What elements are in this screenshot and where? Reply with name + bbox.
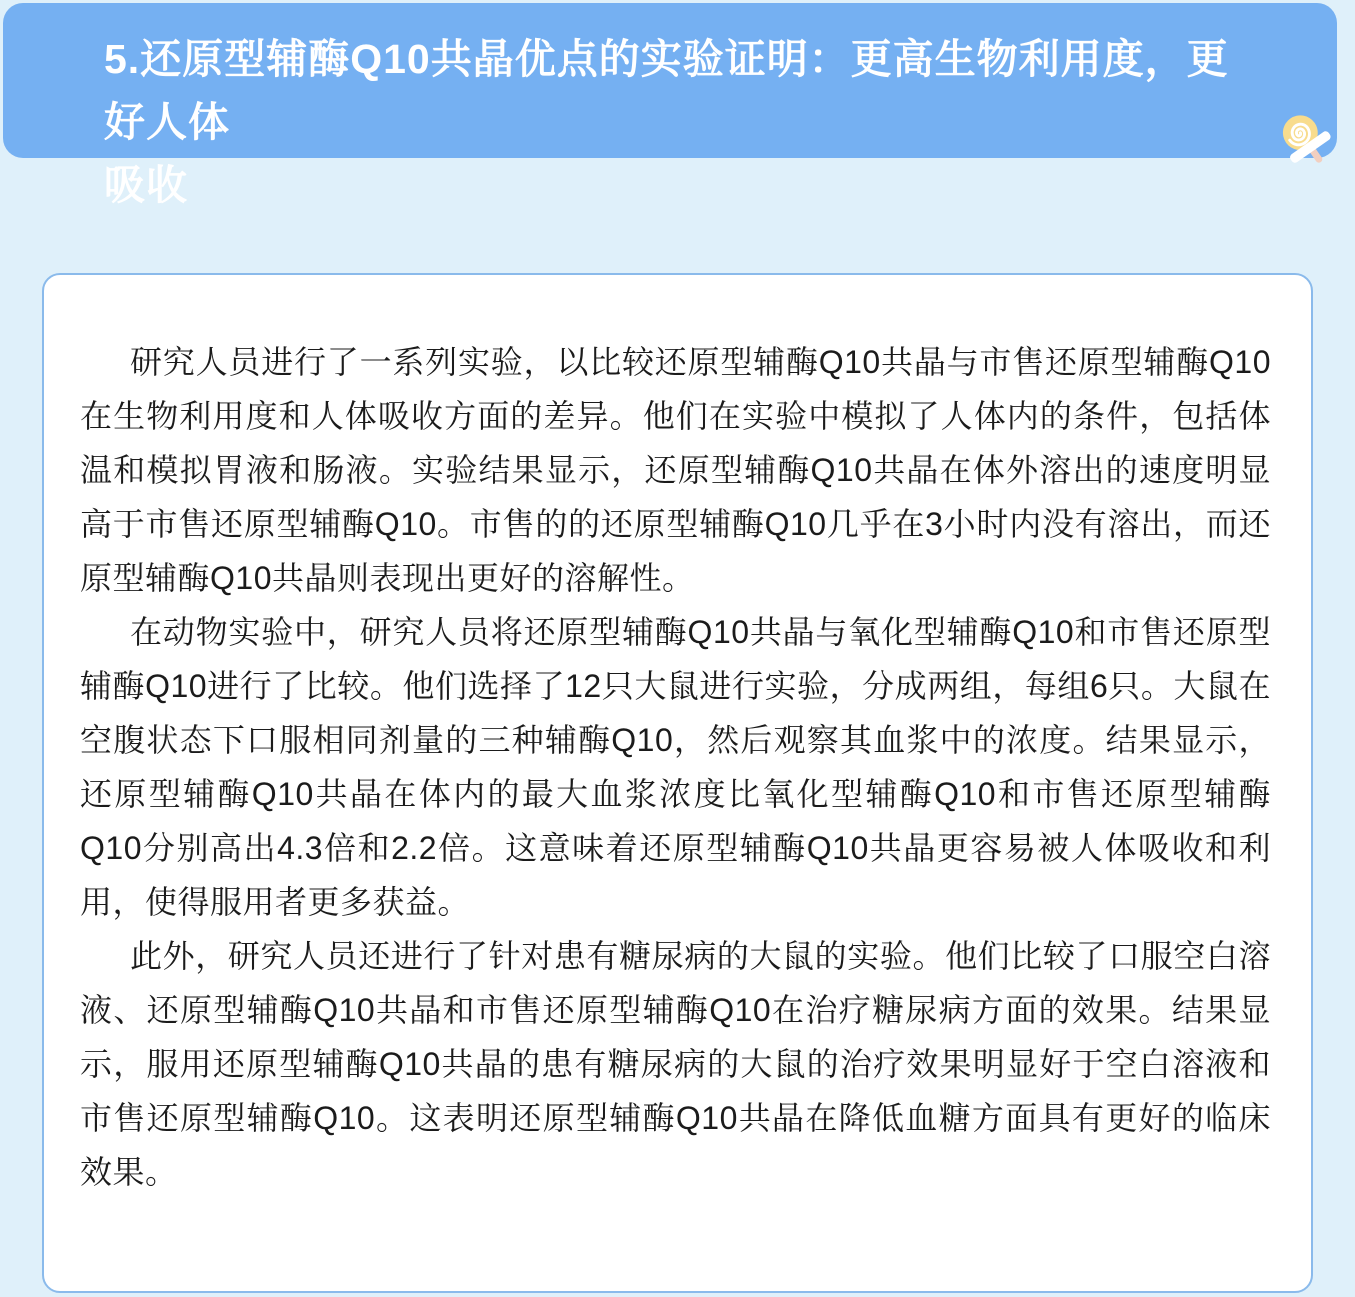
paragraph-diabetes-experiment: 此外，研究人员还进行了针对患有糖尿病的大鼠的实验。他们比较了口服空白溶液、还原型… <box>80 929 1271 1199</box>
page-title-line2: 吸收 <box>104 154 1267 217</box>
lollipop-icon <box>1273 108 1331 170</box>
paragraph-dissolution-experiment: 研究人员进行了一系列实验，以比较还原型辅酶Q10共晶与市售还原型辅酶Q10在生物… <box>80 335 1271 605</box>
content-card: 研究人员进行了一系列实验，以比较还原型辅酶Q10共晶与市售还原型辅酶Q10在生物… <box>42 273 1313 1293</box>
header-banner: 5.还原型辅酶Q10共晶优点的实验证明：更高生物利用度，更好人体 吸收 <box>3 3 1337 158</box>
paragraph-animal-experiment: 在动物实验中，研究人员将还原型辅酶Q10共晶与氧化型辅酶Q10和市售还原型辅酶Q… <box>80 605 1271 929</box>
page-background: { "page": { "background_color": "#dff0fa… <box>0 0 1355 1297</box>
page-title: 5.还原型辅酶Q10共晶优点的实验证明：更高生物利用度，更好人体 吸收 <box>3 3 1337 217</box>
page-title-line1: 5.还原型辅酶Q10共晶优点的实验证明：更高生物利用度，更好人体 <box>104 28 1267 154</box>
